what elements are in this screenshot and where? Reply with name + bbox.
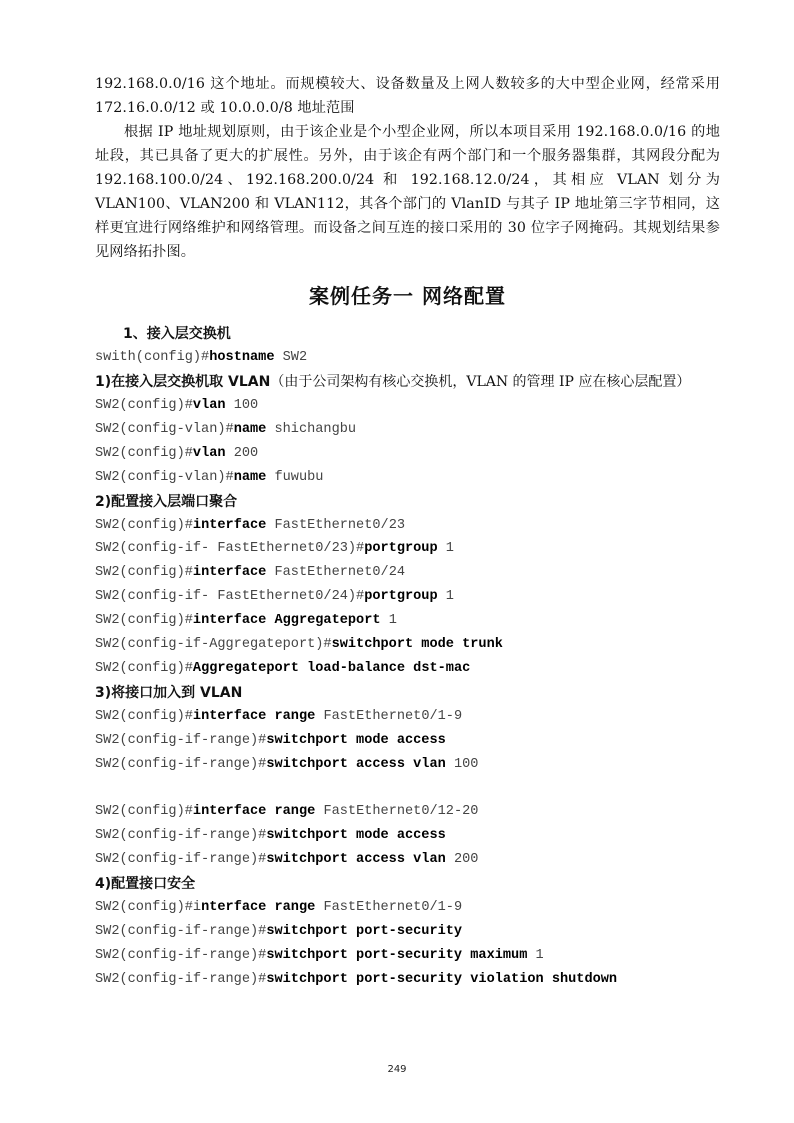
cmd-arg: SW2 <box>274 350 307 365</box>
intro-paragraph-2: 根据 IP 地址规划原则，由于该企业是个小型企业网，所以本项目采用 192.16… <box>95 120 720 264</box>
command-line: SW2(config-if-range)#switchport mode acc… <box>95 729 720 753</box>
command-line: SW2(config)#interface FastEthernet0/24 <box>95 561 720 585</box>
cmd-prompt: swith(config)# <box>95 350 209 365</box>
command-line: SW2(config)#interface range FastEthernet… <box>95 800 720 824</box>
command-line: SW2(config-if- FastEthernet0/23)#portgro… <box>95 537 720 561</box>
step-heading-3: 3)将接口加入到 VLAN <box>95 681 720 705</box>
page-number: 249 <box>0 1064 794 1075</box>
document-page: 192.168.0.0/16 这个地址。而规模较大、设备数量及上网人数较多的大中… <box>95 72 720 992</box>
step-note: （由于公司架构有核心交换机，VLAN 的管理 IP 应在核心层配置） <box>270 374 690 390</box>
command-line: SW2(config-if-range)#switchport access v… <box>95 753 720 777</box>
command-line: SW2(config-if-Aggregateport)#switchport … <box>95 633 720 657</box>
command-line: SW2(config-if- FastEthernet0/24)#portgro… <box>95 585 720 609</box>
subheading-access-switch: 1、接入层交换机 <box>123 322 720 346</box>
command-line: SW2(config-vlan)#name shichangbu <box>95 418 720 442</box>
blank-line <box>95 777 720 801</box>
command-line: SW2(config-if-range)#switchport port-sec… <box>95 944 720 968</box>
command-line: SW2(config)#interface FastEthernet0/23 <box>95 514 720 538</box>
command-line: SW2(config)#interface range FastEthernet… <box>95 705 720 729</box>
command-line: SW2(config-if-range)#switchport port-sec… <box>95 920 720 944</box>
command-line: swith(config)#hostname SW2 <box>95 346 720 370</box>
command-line: SW2(config)#interface range FastEthernet… <box>95 896 720 920</box>
step-heading-2: 2)配置接入层端口聚合 <box>95 490 720 514</box>
command-line: SW2(config)#Aggregateport load-balance d… <box>95 657 720 681</box>
step-heading-1: 1)在接入层交换机取 VLAN（由于公司架构有核心交换机，VLAN 的管理 IP… <box>95 370 720 394</box>
command-line: SW2(config-if-range)#switchport port-sec… <box>95 968 720 992</box>
intro-paragraph-1: 192.168.0.0/16 这个地址。而规模较大、设备数量及上网人数较多的大中… <box>95 72 720 120</box>
cmd-keyword: hostname <box>209 350 274 365</box>
step-title: 1)在接入层交换机取 VLAN <box>95 374 270 390</box>
command-line: SW2(config-if-range)#switchport access v… <box>95 848 720 872</box>
step-heading-4: 4)配置接口安全 <box>95 872 720 896</box>
command-line: SW2(config-if-range)#switchport mode acc… <box>95 824 720 848</box>
command-line: SW2(config-vlan)#name fuwubu <box>95 466 720 490</box>
command-line: SW2(config)#interface Aggregateport 1 <box>95 609 720 633</box>
command-line: SW2(config)#vlan 100 <box>95 394 720 418</box>
section-title: 案例任务一 网络配置 <box>95 278 720 314</box>
command-line: SW2(config)#vlan 200 <box>95 442 720 466</box>
